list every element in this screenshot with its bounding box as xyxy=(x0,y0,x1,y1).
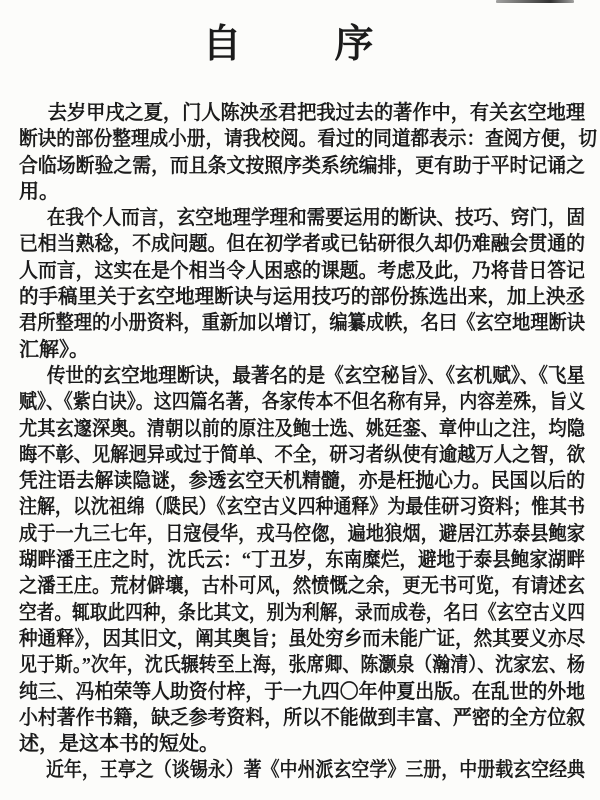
text-line: 已相当熟稔，不成问题。但在初学者或已钻研很久却仍难融会贯通的 xyxy=(19,231,585,257)
text-line: 合临场断验之需，而且条文按照序类系统编排，更有助于平时记诵之 xyxy=(19,153,585,179)
text-line: 之潘王庄。荒材僻壤，古朴可风，然愤慨之余，更无书可览，有请述玄 xyxy=(19,573,585,599)
book-page: 自 序 去岁甲戌之夏，门人陈泱丞君把我过去的著作中，有关玄空地理断诀的部份整理成… xyxy=(0,0,600,800)
scan-artifact-streak xyxy=(496,0,574,3)
preface-body: 去岁甲戌之夏，门人陈泱丞君把我过去的著作中，有关玄空地理断诀的部份整理成小册，请… xyxy=(19,100,600,784)
text-line: 人而言，这实在是个相当令人困惑的课题。考虑及此，乃将昔日答记 xyxy=(19,258,585,284)
page-title: 自 序 xyxy=(0,24,588,67)
text-line: 赋》、《紫白诀》。这四篇名著，各家传本不但名称有异，内容差殊，旨义 xyxy=(19,389,585,415)
text-line: 成于一九三七年，日寇侵华，戎马倥偬，遍地狼烟，避居江苏泰县鲍家 xyxy=(19,521,585,547)
text-line: 用。 xyxy=(19,179,59,205)
text-line: 君所整理的小册资料，重新加以增订，编纂成帙，名曰《玄空地理断诀 xyxy=(19,310,585,336)
text-line: 纯三、冯柏荣等人助资付梓，于一九四〇年仲夏出版。在乱世的外地 xyxy=(19,679,585,705)
text-line: 传世的玄空地理断诀，最著名的是《玄空秘旨》、《玄机赋》、《飞星 xyxy=(19,363,585,389)
text-line: 种通释》，因其旧文，阐其奥旨；虽处穷乡而未能广证，然其要义亦尽 xyxy=(19,626,585,652)
text-line: 的手稿里关于玄空地理断诀与运用技巧的部份拣选出来，加上泱丞 xyxy=(19,284,585,310)
text-line: 见于斯。”次年，沈氏辗转至上海，张席卿、陈灏泉（瀚清）、沈家宏、杨 xyxy=(19,652,585,678)
text-line: 晦不彰、见解迥异或过于简单、不全，研习者纵使有逾越万人之智，欲 xyxy=(19,442,585,468)
text-line: 注解，以沈祖绵（瓞民）《玄空古义四种通释》为最佳研习资料；惟其书 xyxy=(19,494,585,520)
title-char-2: 序 xyxy=(335,24,374,67)
text-line: 近年，王亭之（谈锡永）著《中州派玄空学》三册，中册载玄空经典 xyxy=(19,757,585,783)
text-line: 去岁甲戌之夏，门人陈泱丞君把我过去的著作中，有关玄空地理 xyxy=(19,100,585,126)
text-line: 凭注语去解读隐谜，参透玄空天机精髓，亦是枉抛心力。民国以后的 xyxy=(19,468,585,494)
title-char-1: 自 xyxy=(202,24,241,67)
text-line: 瑚畔潘王庄之时，沈氏云：“丁丑岁，东南糜烂，避地于泰县鲍家湖畔 xyxy=(19,547,585,573)
text-line: 尤其玄邃深奥。清朝以前的原注及鲍士选、姚廷銮、章仲山之注，均隐 xyxy=(19,416,585,442)
text-line: 汇解》。 xyxy=(19,337,89,363)
text-line: 述，是这本书的短处。 xyxy=(19,731,219,757)
text-line: 空者。辄取此四种，条比其文，别为利解，录而成卷，名曰《玄空古义四 xyxy=(19,600,585,626)
text-line: 在我个人而言，玄空地理学理和需要运用的断诀、技巧、窍门，固 xyxy=(19,205,585,231)
text-line: 断诀的部份整理成小册，请我校阅。看过的同道都表示：查阅方便，切 xyxy=(19,126,597,152)
text-line: 小村著作书籍，缺乏参考资料，所以不能做到丰富、严密的全方位叙 xyxy=(19,705,585,731)
